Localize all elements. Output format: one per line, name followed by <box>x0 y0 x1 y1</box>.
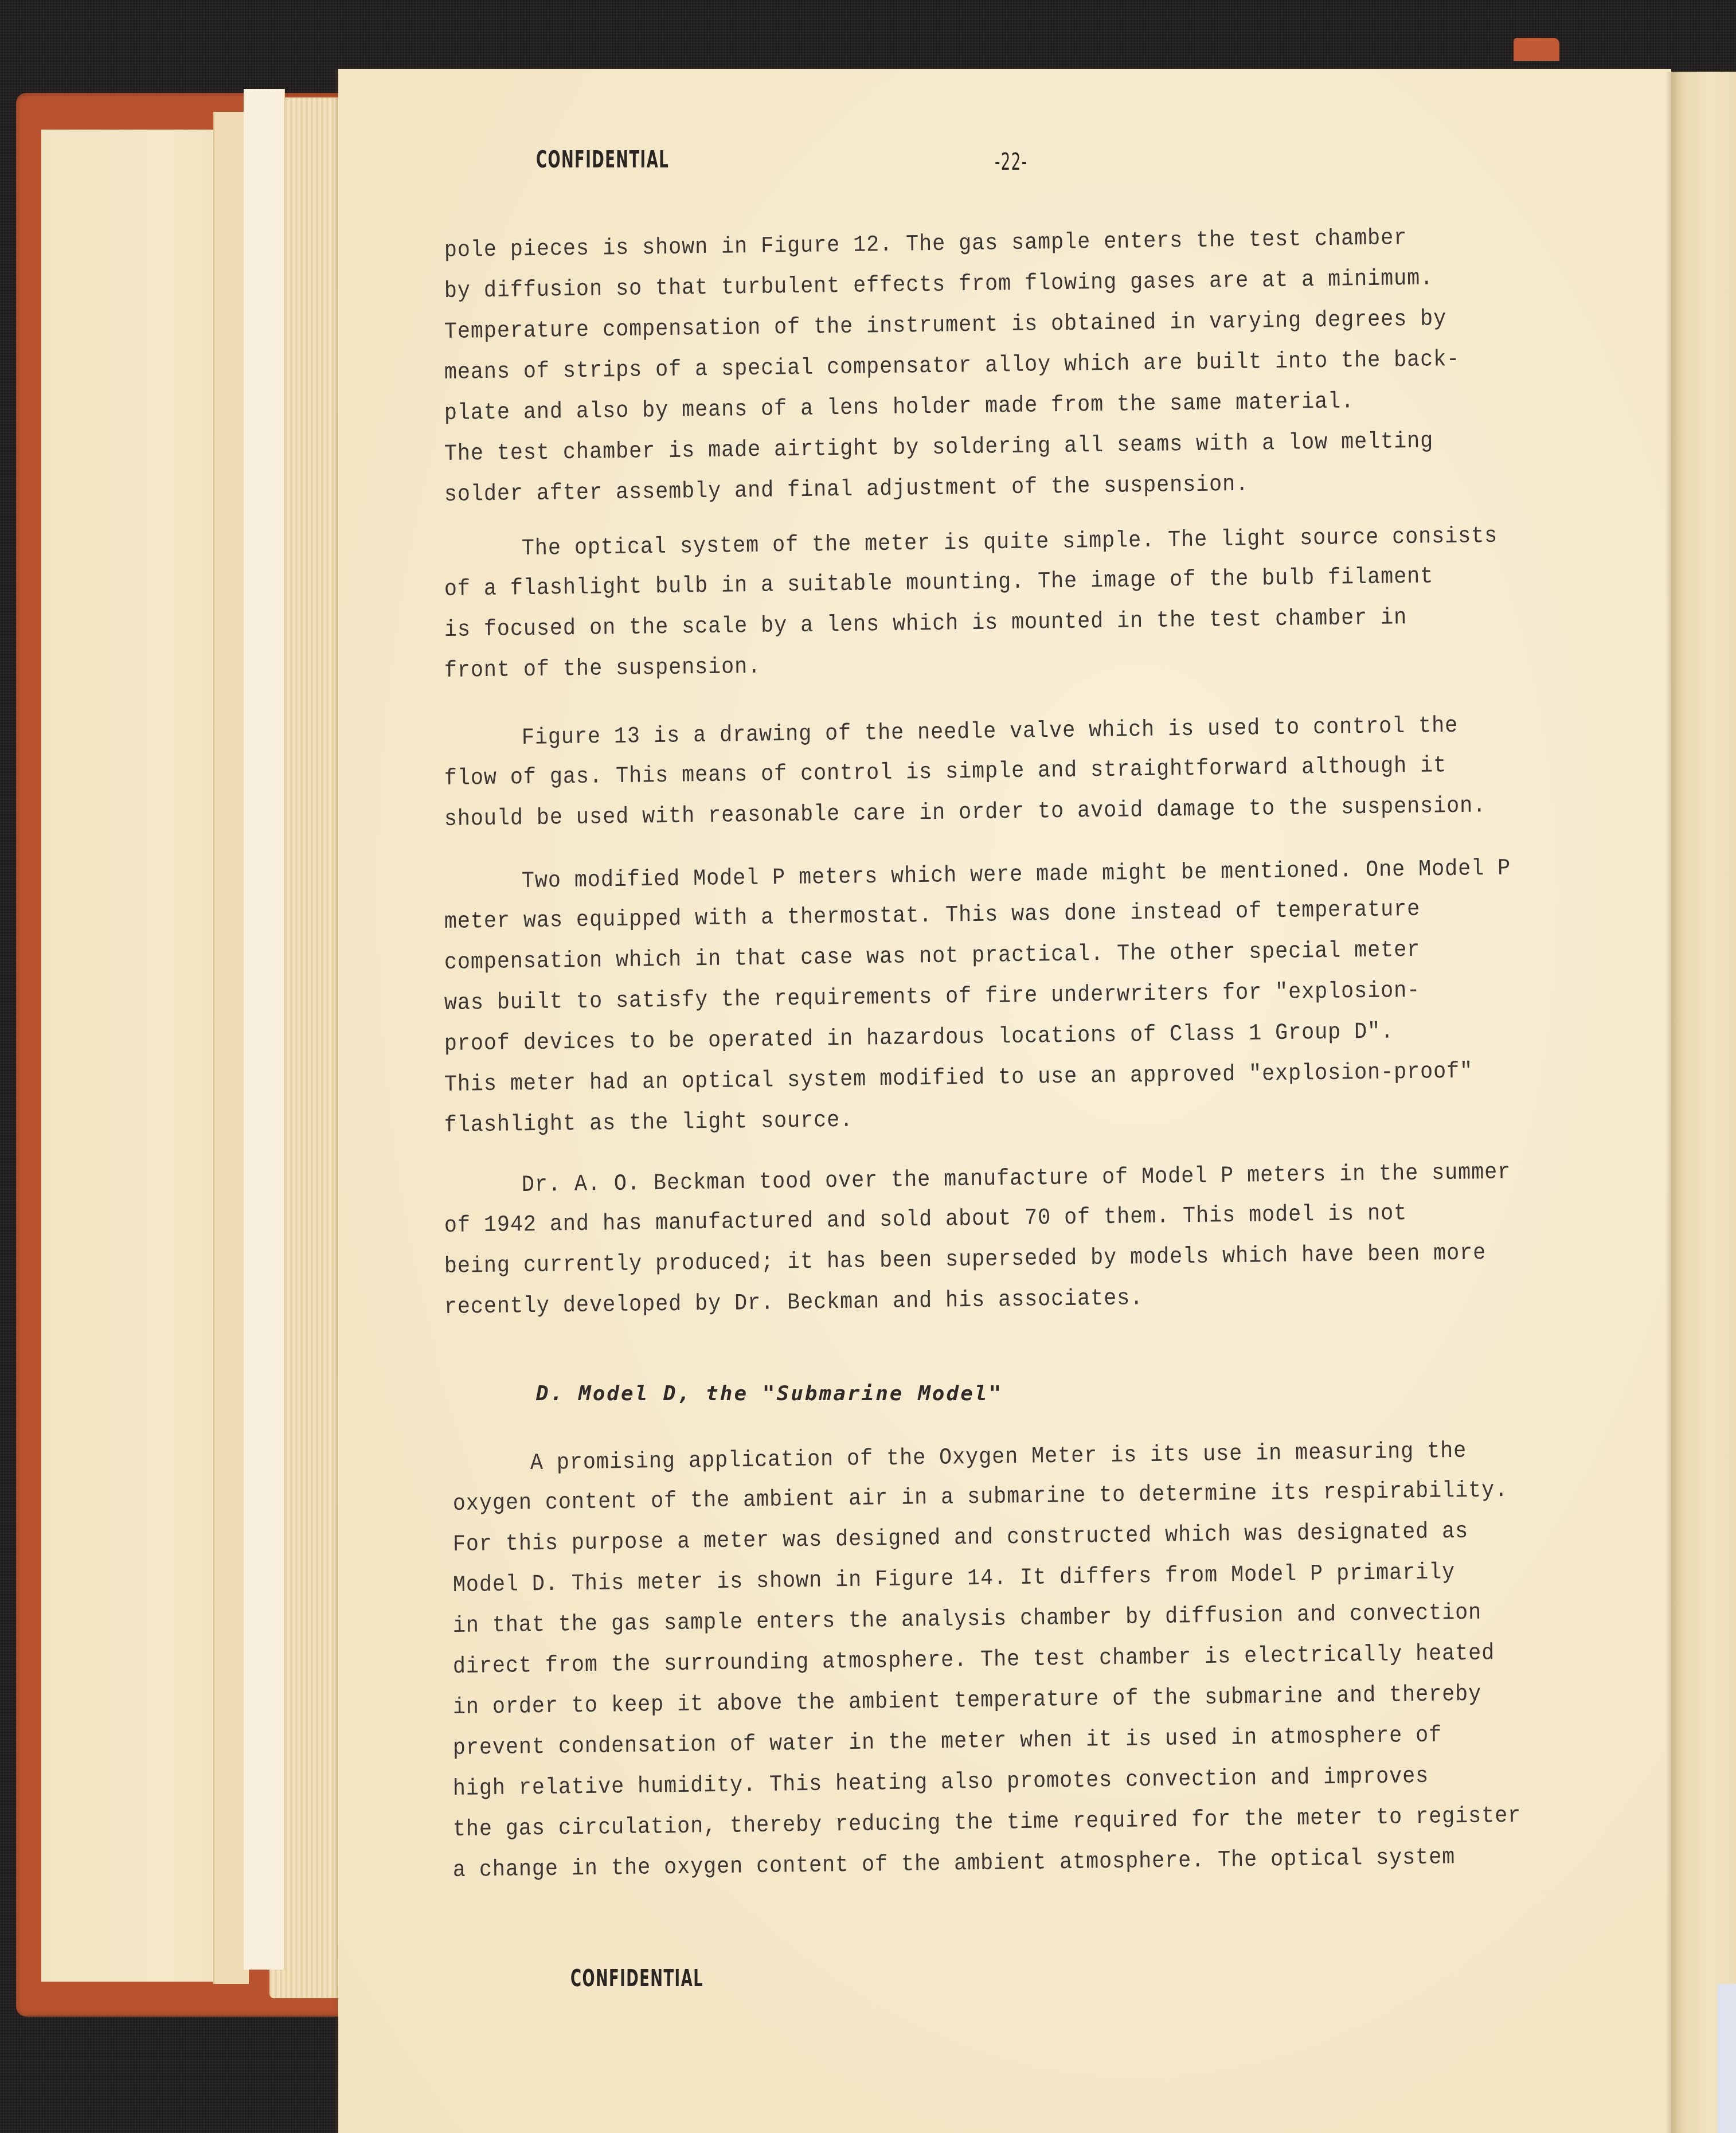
white-leaf <box>244 89 285 1970</box>
footer-classification: CONFIDENTIAL <box>570 1966 703 1992</box>
text-line: flashlight as the light source. <box>444 1108 854 1139</box>
facing-page-corner <box>1717 1984 1736 2133</box>
section-heading: D. Model D, the "Submarine Model" <box>536 1382 1003 1405</box>
facing-page-edge <box>1671 72 1736 2133</box>
page-number: -22- <box>995 149 1027 175</box>
cover-corner <box>1514 38 1559 61</box>
header-classification: CONFIDENTIAL <box>536 147 669 173</box>
text-line: front of the suspension. <box>444 654 761 684</box>
